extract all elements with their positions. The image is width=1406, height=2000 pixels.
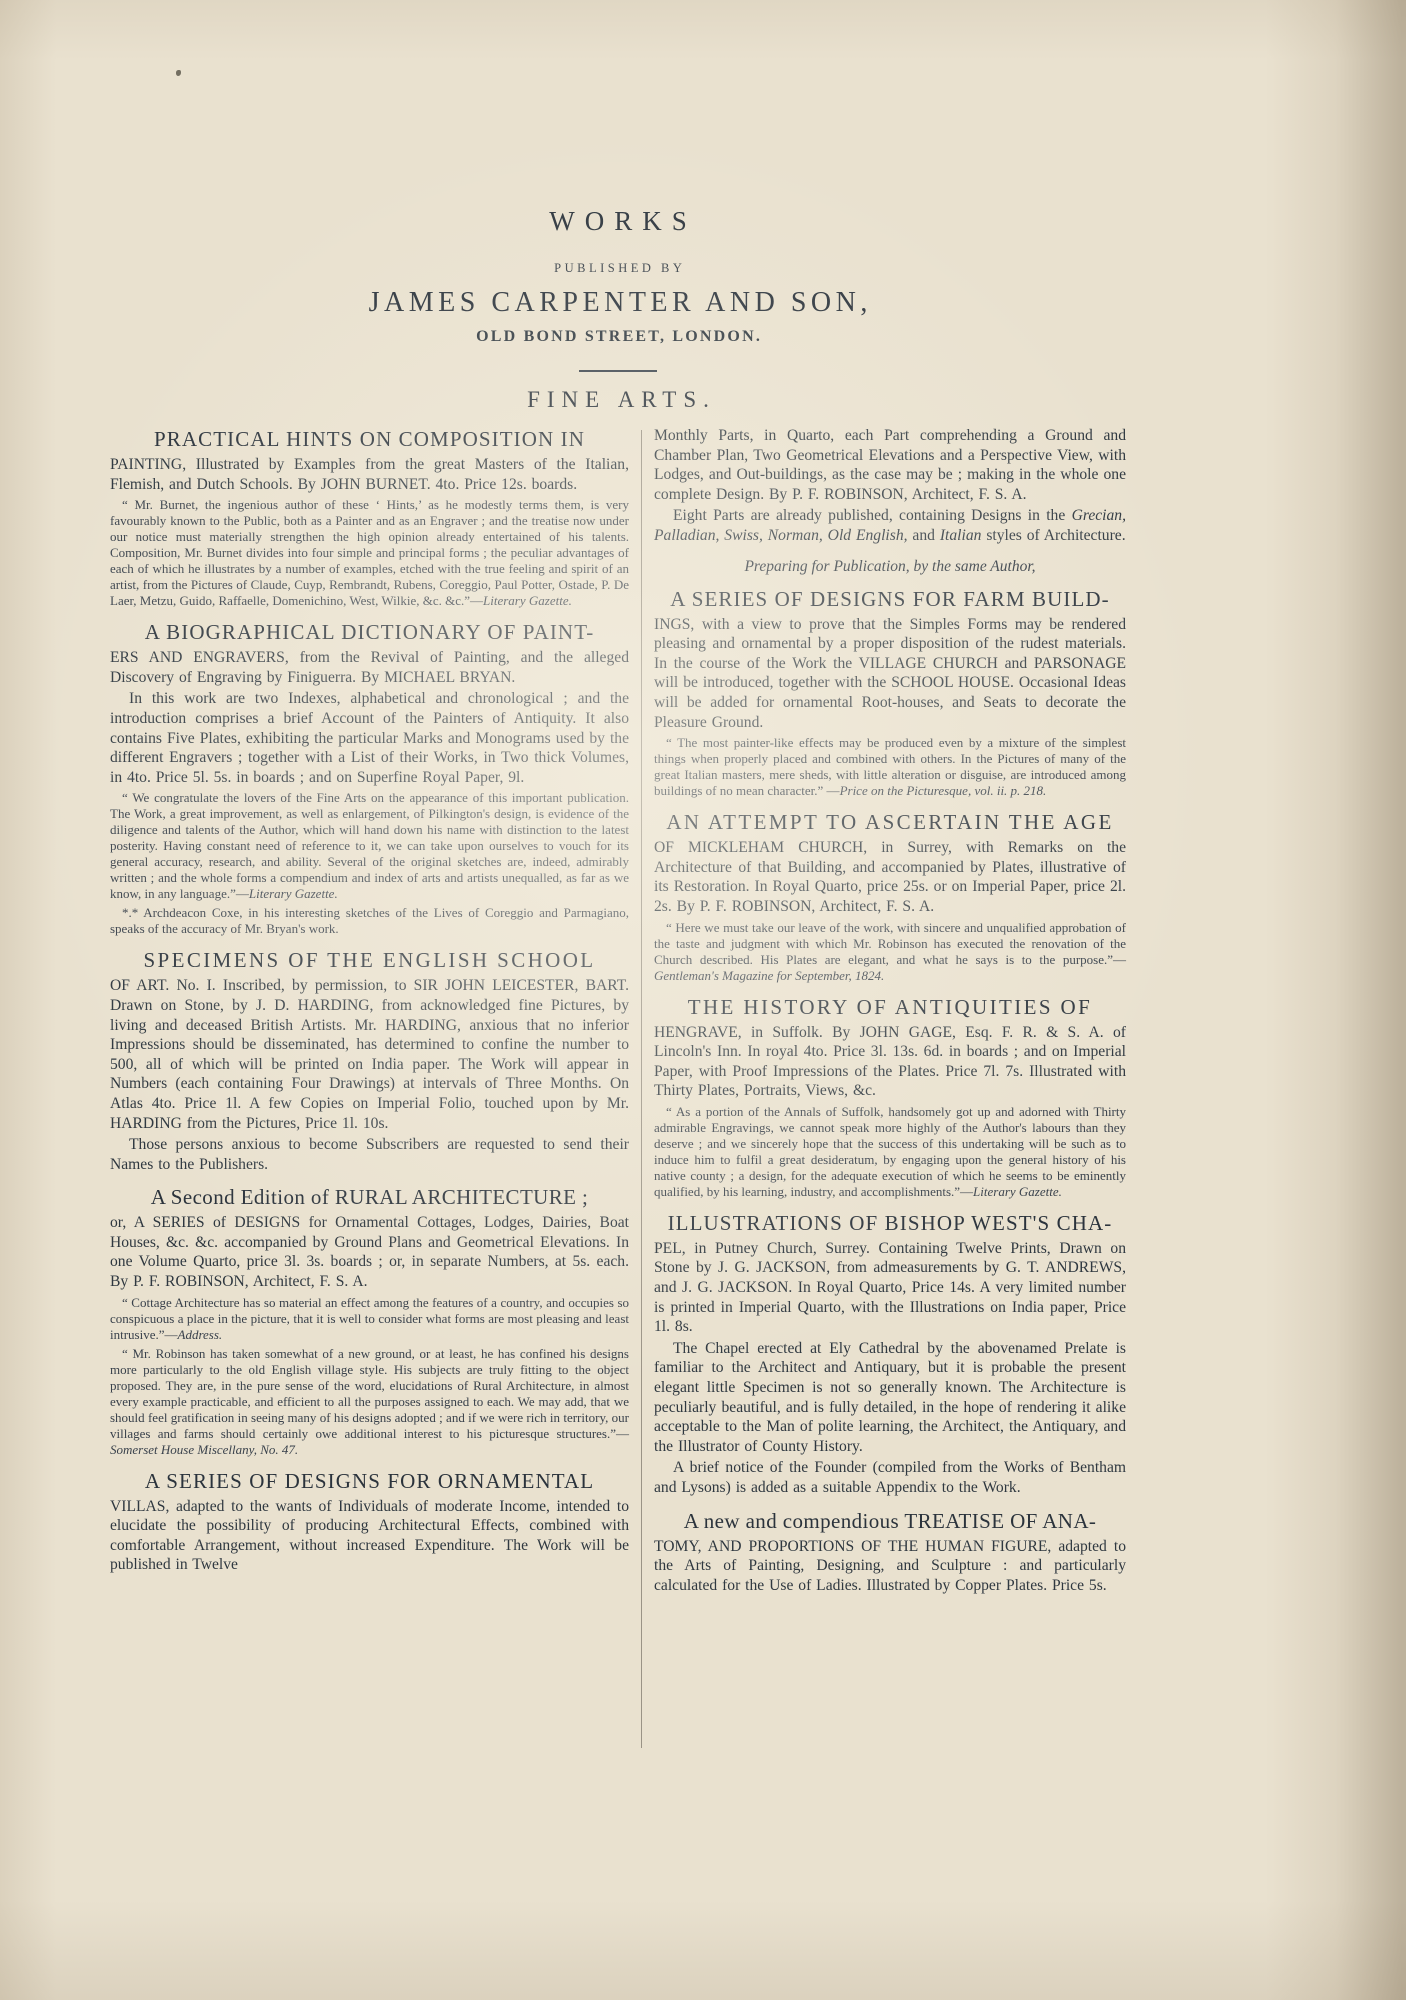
section-heading: THE HISTORY OF ANTIQUITIES OF	[654, 995, 1126, 1020]
quote-source: Address.	[178, 1327, 223, 1342]
book-section-ornamental-villas: A SERIES OF DESIGNS FOR ORNAMENTAL VILLA…	[110, 1469, 629, 1575]
section-paragraph: Monthly Parts, in Quarto, each Part comp…	[654, 426, 1126, 504]
section-lead: PEL, in Putney Church, Surrey. Containin…	[654, 1239, 1126, 1337]
divider-rule	[579, 370, 657, 372]
section-paragraph: The Chapel erected at Ely Cathedral by t…	[654, 1339, 1126, 1457]
section-heading: AN ATTEMPT TO ASCERTAIN THE AGE	[654, 810, 1126, 835]
section-lead: INGS, with a view to prove that the Simp…	[654, 615, 1126, 733]
page-title: WORKS	[110, 0, 1126, 236]
review-quote: “ Mr. Robinson has taken somewhat of a n…	[110, 1346, 629, 1458]
quote-source: Literary Gazette.	[249, 886, 338, 901]
column-divider-rule	[641, 430, 642, 1748]
category-heading: FINE ARTS.	[110, 387, 1126, 413]
editorial-note: *.* Archdeacon Coxe, in his interesting …	[110, 905, 629, 937]
section-paragraph: Eight Parts are already published, conta…	[654, 506, 1126, 545]
section-lead: TOMY, AND PROPORTIONS OF THE HUMAN FIGUR…	[654, 1537, 1126, 1596]
section-heading: A Second Edition of RURAL ARCHITECTURE ;	[110, 1185, 629, 1210]
section-heading: A SERIES OF DESIGNS FOR ORNAMENTAL	[110, 1469, 629, 1494]
section-lead: HENGRAVE, in Suffolk. By JOHN GAGE, Esq.…	[654, 1023, 1126, 1101]
masthead: WORKS PUBLISHED BY JAMES CARPENTER AND S…	[110, 0, 1126, 413]
section-heading: ILLUSTRATIONS OF BISHOP WEST'S CHA-	[654, 1211, 1126, 1236]
review-quote: “ We congratulate the lovers of the Fine…	[110, 790, 629, 902]
review-quote: “ Cottage Architecture has so material a…	[110, 1295, 629, 1343]
section-lead: PAINTING, Illustrated by Examples from t…	[110, 455, 629, 494]
book-section-treatise-of-anatomy: A new and compendious TREATISE OF ANA- T…	[654, 1509, 1126, 1596]
section-lead: ERS AND ENGRAVERS, from the Revival of P…	[110, 648, 629, 687]
right-column: Monthly Parts, in Quarto, each Part comp…	[654, 426, 1126, 1595]
two-column-layout: PRACTICAL HINTS ON COMPOSITION IN PAINTI…	[110, 426, 1126, 1595]
section-heading: A new and compendious TREATISE OF ANA-	[654, 1509, 1126, 1534]
book-section-hengrave: THE HISTORY OF ANTIQUITIES OF HENGRAVE, …	[654, 995, 1126, 1200]
book-section-bishop-wests-chapel: ILLUSTRATIONS OF BISHOP WEST'S CHA- PEL,…	[654, 1211, 1126, 1498]
column-gutter	[629, 426, 654, 1595]
scanned-book-page: { "colors": { "paper": "#e9e1cf", "ink":…	[0, 0, 1406, 2000]
section-paragraph: Those persons anxious to become Subscrib…	[110, 1135, 629, 1174]
book-section-farm-buildings: Preparing for Publication, by the same A…	[654, 558, 1126, 800]
book-section-rural-architecture: A Second Edition of RURAL ARCHITECTURE ;…	[110, 1185, 629, 1457]
quote-source: Somerset House Miscellany, No. 47.	[110, 1442, 298, 1457]
section-lead: or, A SERIES of DESIGNS for Ornamental C…	[110, 1213, 629, 1291]
section-lead: VILLAS, adapted to the wants of Individu…	[110, 1497, 629, 1575]
quote-source: Literary Gazette.	[483, 593, 572, 608]
section-heading: A BIOGRAPHICAL DICTIONARY OF PAINT-	[110, 620, 629, 645]
section-heading: SPECIMENS OF THE ENGLISH SCHOOL	[110, 948, 629, 973]
section-paragraph: A brief notice of the Founder (compiled …	[654, 1458, 1126, 1497]
quote-source: Gentleman's Magazine for September, 1824…	[654, 968, 884, 983]
book-section-specimens-english-school: SPECIMENS OF THE ENGLISH SCHOOL OF ART. …	[110, 948, 629, 1174]
review-quote: “ As a portion of the Annals of Suffolk,…	[654, 1104, 1126, 1200]
quote-source: Literary Gazette.	[973, 1184, 1062, 1199]
section-lead: OF MICKLEHAM CHURCH, in Surrey, with Rem…	[654, 838, 1126, 916]
left-column: PRACTICAL HINTS ON COMPOSITION IN PAINTI…	[110, 426, 629, 1575]
book-section-villas-continuation: Monthly Parts, in Quarto, each Part comp…	[654, 426, 1126, 546]
published-by-line: PUBLISHED BY	[110, 261, 1126, 276]
review-quote: “ The most painter-like effects may be p…	[654, 735, 1126, 799]
publisher-name: JAMES CARPENTER AND SON,	[110, 287, 1126, 319]
review-quote: “ Mr. Burnet, the ingenious author of th…	[110, 497, 629, 609]
section-lead: OF ART. No. I. Inscribed, by permission,…	[110, 976, 629, 1133]
book-section-practical-hints: PRACTICAL HINTS ON COMPOSITION IN PAINTI…	[110, 427, 629, 609]
review-quote: “ Here we must take our leave of the wor…	[654, 920, 1126, 984]
section-heading: PRACTICAL HINTS ON COMPOSITION IN	[110, 427, 629, 452]
section-heading: A SERIES OF DESIGNS FOR FARM BUILD-	[654, 587, 1126, 612]
publisher-address: OLD BOND STREET, LONDON.	[110, 328, 1126, 346]
book-section-biographical-dictionary: A BIOGRAPHICAL DICTIONARY OF PAINT- ERS …	[110, 620, 629, 937]
book-section-mickleham-church: AN ATTEMPT TO ASCERTAIN THE AGE OF MICKL…	[654, 810, 1126, 983]
page-content: WORKS PUBLISHED BY JAMES CARPENTER AND S…	[110, 0, 1126, 1595]
preparing-for-publication-line: Preparing for Publication, by the same A…	[654, 558, 1126, 576]
quote-source: Price on the Picturesque, vol. ii. p. 21…	[840, 783, 1047, 798]
section-paragraph: In this work are two Indexes, alphabetic…	[110, 689, 629, 787]
